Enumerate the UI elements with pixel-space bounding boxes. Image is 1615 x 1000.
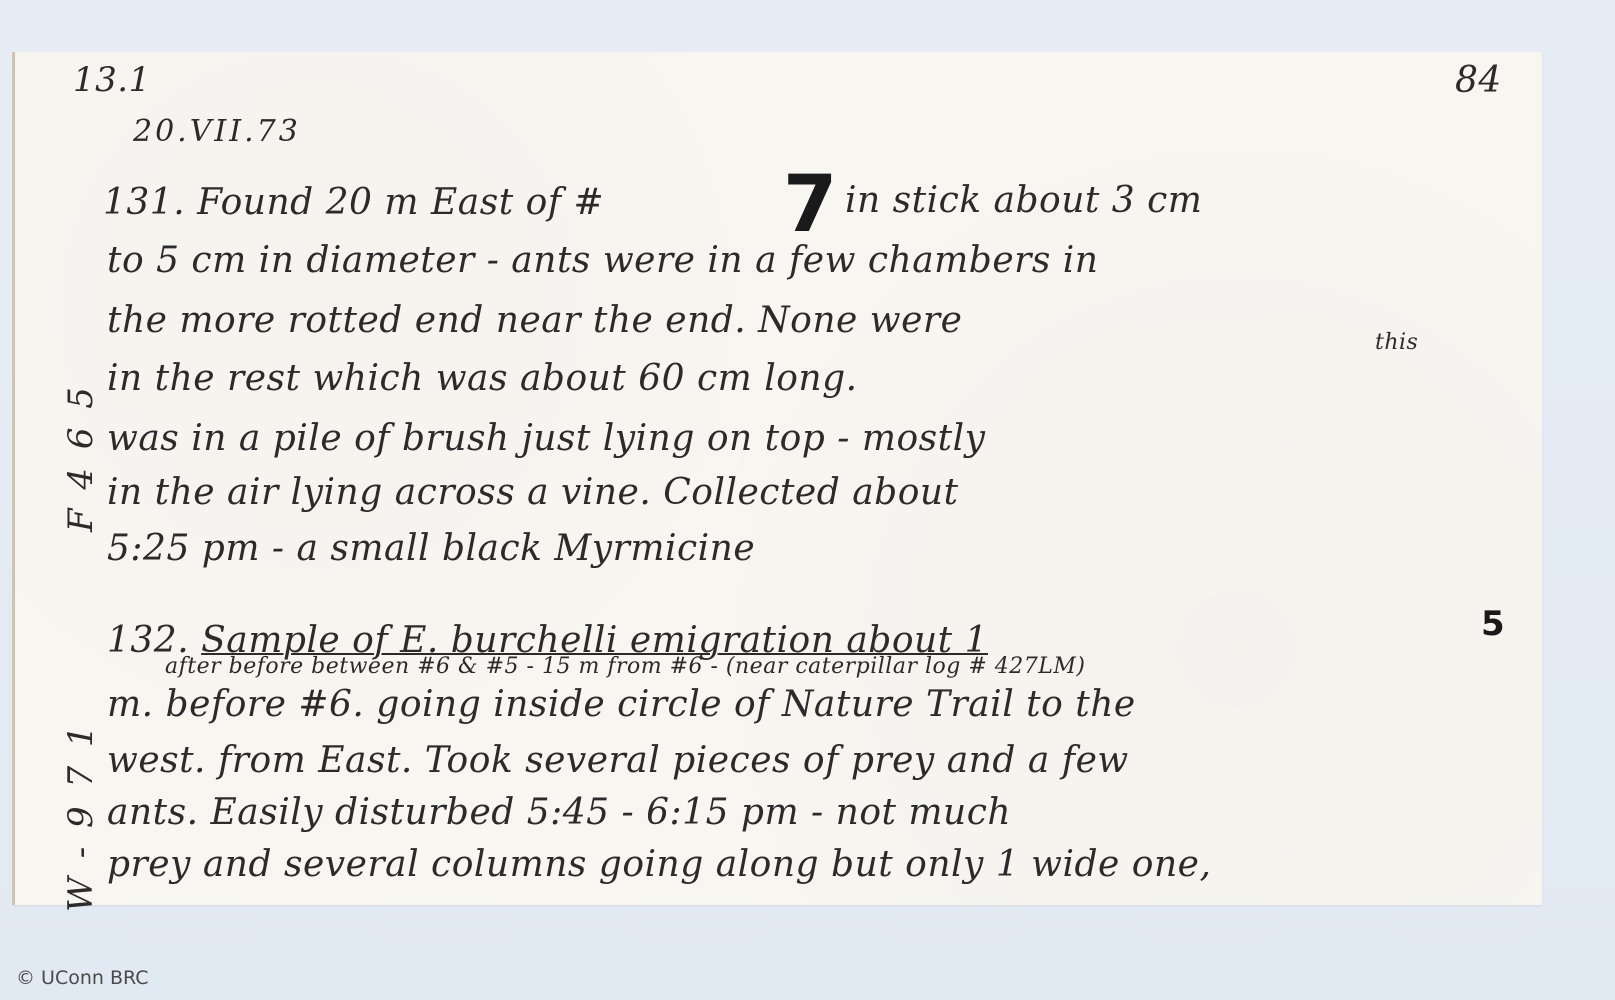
entry-line: prey and several columns going along but… bbox=[107, 844, 1211, 885]
field-note-card: 13.1 20.VII.73 84 F 4 6 5 W - 9 7 1 131.… bbox=[14, 52, 1542, 905]
copyright-credit: © UConn BRC bbox=[16, 967, 149, 989]
margin-note-upper: F 4 6 5 bbox=[61, 383, 101, 532]
entry-line: west. from East. Took several pieces of … bbox=[107, 740, 1129, 781]
highlighted-number: 7 bbox=[783, 160, 837, 250]
entry-line: to 5 cm in diameter - ants were in a few… bbox=[107, 240, 1098, 281]
page-number: 84 bbox=[1455, 60, 1502, 101]
entry-line: m. before #6. going inside circle of Nat… bbox=[107, 684, 1136, 725]
entry-line: in the rest which was about 60 cm long. bbox=[107, 358, 858, 399]
entry-line: in the air lying across a vine. Collecte… bbox=[107, 472, 959, 513]
entry-line: 131. Found 20 m East of # bbox=[103, 182, 604, 223]
entry-line: the more rotted end near the end. None w… bbox=[107, 300, 962, 341]
date: 20.VII.73 bbox=[133, 114, 301, 149]
page-background: 13.1 20.VII.73 84 F 4 6 5 W - 9 7 1 131.… bbox=[0, 0, 1615, 1000]
margin-note-lower: W - 9 7 1 bbox=[61, 721, 101, 912]
highlighted-number: 5 bbox=[1481, 604, 1505, 644]
entry-text: in stick about 3 cm bbox=[845, 180, 1202, 221]
entry-line: was in a pile of brush just lying on top… bbox=[107, 418, 985, 459]
entry-line: ants. Easily disturbed 5:45 - 6:15 pm - … bbox=[107, 792, 1011, 833]
entry-text: Found 20 m East of # bbox=[197, 182, 604, 223]
entry-number: 131. bbox=[103, 182, 185, 223]
insertion-note: after before between #6 & #5 - 15 m from… bbox=[165, 654, 1085, 679]
insertion-note: this bbox=[1375, 330, 1418, 355]
reference-number: 13.1 bbox=[73, 60, 151, 100]
entry-line: 5:25 pm - a small black Myrmicine bbox=[107, 528, 755, 569]
